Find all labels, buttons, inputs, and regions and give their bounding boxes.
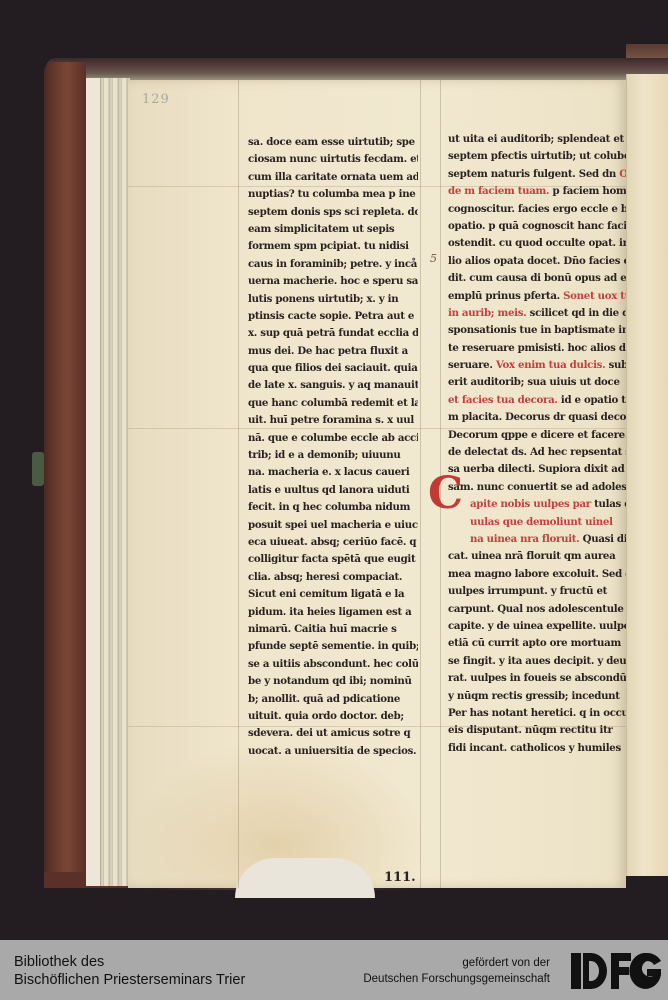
text-line: trib; id e a demonib; uiuunu xyxy=(248,447,418,464)
text-line: que hanc columbā redemit et la xyxy=(248,395,418,412)
text-line: eis disputant. nūqm rectitu itr xyxy=(448,722,626,739)
manuscript-image-viewer: 129 5 sa. doce eam esse uirtutib; specio… xyxy=(0,0,668,940)
footer-banner: Bibliothek des Bischöflichen Priestersem… xyxy=(0,940,668,1000)
text-line: uulas que demoliunt uinel xyxy=(448,514,626,531)
institution-line-1: Bibliothek des xyxy=(14,953,245,971)
text-line: opatio. p quā cognoscit hanc faciem xyxy=(448,218,626,235)
text-line: uerna macherie. hoc e speru sa xyxy=(248,273,418,290)
funding-credit: gefördert von der Deutschen Forschungsge… xyxy=(363,955,550,987)
text-line: ostendit. cu quod occulte opat. impul xyxy=(448,235,626,252)
text-line: sam. nunc conuertit se ad adolesce xyxy=(448,479,626,496)
ruling-line xyxy=(238,80,239,888)
text-line: formem spm pcipiat. tu nidisi xyxy=(248,238,418,255)
text-line: caus in foraminib; petre. y incå xyxy=(248,256,418,273)
text-column-left: sa. doce eam esse uirtutib; speciosam nu… xyxy=(248,134,418,760)
text-line: apite nobis uulpes par tulas dl xyxy=(448,496,626,513)
text-line: nuptias? tu columba mea p ine xyxy=(248,186,418,203)
text-line: eam simplicitatem ut sepis xyxy=(248,221,418,238)
text-line: cat. uinea nrā floruit qm aurea xyxy=(448,548,626,565)
text-line: capite. y de uinea expellite. uulpes xyxy=(448,618,626,635)
text-line: mea magno labore excoluit. Sed ecce xyxy=(448,566,626,583)
text-line: qua que filios dei saciauit. quia xyxy=(248,360,418,377)
text-line: et facies tua decora. id e opatio tua er… xyxy=(448,392,626,409)
text-line: de delectat ds. Ad hec repsentat spo xyxy=(448,444,626,461)
text-line: se a uitiis abscondunt. hec colū xyxy=(248,656,418,673)
text-line: sdevera. dei ut amicus sotre q xyxy=(248,725,418,742)
text-line: pidum. ita heies ligamen est a xyxy=(248,604,418,621)
text-line: uituit. quia ordo doctor. deb; xyxy=(248,708,418,725)
text-line: de m faciem tuam. p faciem homo xyxy=(448,183,626,200)
institution-line-2: Bischöflichen Priesterseminars Trier xyxy=(14,971,245,989)
text-line: be y notandum qd ibi; nominū xyxy=(248,673,418,690)
text-line: de late x. sanguis. y aq manauit. xyxy=(248,377,418,394)
funding-line-2: Deutschen Forschungsgemeinschaft xyxy=(363,971,550,987)
text-line: septem pfectis uirtutib; ut colubo xyxy=(448,148,626,165)
text-line: latis e uultus qd lanora uiduti xyxy=(248,482,418,499)
text-line: colligitur facta spētā que eugit ec xyxy=(248,551,418,568)
text-line: lio alios opata docet. Dn̄o facies ostē xyxy=(448,253,626,270)
ruling-line xyxy=(420,80,421,888)
text-line: erit auditorib; sua uiuis ut doce xyxy=(448,374,626,391)
text-line: b; anollit. quā ad pdicatione xyxy=(248,691,418,708)
rubric-text: na uinea nra floruit. xyxy=(470,533,579,545)
text-line: cum illa caritate ornata uem ad xyxy=(248,169,418,186)
text-line: emplū prinus pferta. Sonet uox tua xyxy=(448,288,626,305)
rubric-text: de m faciem tuam. xyxy=(448,185,549,197)
folio-number: 111. xyxy=(384,870,416,885)
funding-line-1: gefördert von der xyxy=(363,955,550,971)
text-line: mus dei. De hac petra fluxit a xyxy=(248,343,418,360)
institution-name: Bibliothek des Bischöflichen Priestersem… xyxy=(14,953,245,989)
text-line: sponsationis tue in baptismate in xyxy=(448,322,626,339)
text-line: uulpes irrumpunt. y fructū et xyxy=(448,583,626,600)
text-line: rat. uulpes in foueis se abscondūt xyxy=(448,670,626,687)
rubric-text: Sonet uox tua xyxy=(563,290,626,302)
text-line: septem naturis fulgent. Sed dn Oste xyxy=(448,166,626,183)
dfg-logo-icon xyxy=(571,953,661,989)
text-line: m placita. Decorus dr quasi decor ons xyxy=(448,409,626,426)
text-line: septem donis sps sci repleta. doce xyxy=(248,204,418,221)
page-edge-front xyxy=(86,78,101,886)
rubric-text: in aurib; meis. xyxy=(448,307,526,319)
rubricated-initial: C xyxy=(428,472,463,516)
text-line: etiā cū currit apto ore mortuam xyxy=(448,635,626,652)
text-line: se fingit. y ita aues decipit. y deuo xyxy=(448,653,626,670)
text-line: ut uita ei auditorib; splendeat et xyxy=(448,131,626,148)
page-damage-notch xyxy=(235,858,375,898)
text-line: ciosam nunc uirtutis fecdam. et xyxy=(248,151,418,168)
text-line: nimarū. Caitia huī macrie s xyxy=(248,621,418,638)
text-column-right: ut uita ei auditorib; splendeat etseptem… xyxy=(448,131,626,757)
text-line: eca uiueat. absq; ceriūo facē. q xyxy=(248,534,418,551)
margin-mark: 5 xyxy=(430,252,437,265)
book-cover-top xyxy=(46,58,668,80)
text-line: cognoscitur. facies ergo eccle e bona xyxy=(448,201,626,218)
text-line: uit. huī petre foramina s. x uul xyxy=(248,412,418,429)
text-line: fecit. in q hec columba nidum xyxy=(248,499,418,516)
text-line: dit. cum causa di bonū opus ad ex xyxy=(448,270,626,287)
text-line: te reseruare pmisisti. hoc alios doce xyxy=(448,340,626,357)
text-line: na. macheria e. x lacus caueri xyxy=(248,464,418,481)
text-line: ptinsis cacte sopie. Petra aut e xyxy=(248,308,418,325)
text-line: sa. doce eam esse uirtutib; spe xyxy=(248,134,418,151)
text-line: Decorum qppe e dicere et facere. in xyxy=(448,427,626,444)
text-line: y nūqm rectis gressib; incedunt xyxy=(448,688,626,705)
text-line: clia. absq; heresi compaciat. xyxy=(248,569,418,586)
text-line: x. sup quā petrā fundat ecclia do xyxy=(248,325,418,342)
pencil-folio-note: 129 xyxy=(142,92,170,107)
text-line: seruare. Vox enim tua dulcis. sub aud. xyxy=(448,357,626,374)
book-clasp xyxy=(32,452,44,486)
text-line: pfunde septē sementie. in quib; xyxy=(248,638,418,655)
book-cover-spine xyxy=(44,62,86,888)
text-line: na uinea nra floruit. Quasi di xyxy=(448,531,626,548)
text-line: posuit spei uel macheria e uiucte xyxy=(248,517,418,534)
text-line: fidi incant. catholicos y humiles xyxy=(448,740,626,757)
rubric-text: Vox enim tua dulcis. xyxy=(496,359,605,371)
text-line: carpunt. Qual nos adolescentule xyxy=(448,601,626,618)
text-line: in aurib; meis. scilicet qd in die de xyxy=(448,305,626,322)
text-line: lutis ponens uirtutib; x. y in xyxy=(248,291,418,308)
text-line: Per has notant heretici. q in occult xyxy=(448,705,626,722)
text-line: Sicut eni cemitum ligatā e la xyxy=(248,586,418,603)
text-line: uocat. a uniuersitia de specios. xyxy=(248,743,418,760)
facing-page-edge xyxy=(626,74,668,876)
rubric-text: Oste xyxy=(619,168,626,180)
text-line: nā. que e columbe eccle ab accipi xyxy=(248,430,418,447)
rubric-text: et facies tua decora. xyxy=(448,394,558,406)
text-line: sa uerba dilecti. Supiora dixit ad sp xyxy=(448,461,626,478)
rubric-text: uulas que demoliunt uinel xyxy=(470,516,613,528)
rubric-text: apite nobis uulpes par xyxy=(470,498,591,510)
